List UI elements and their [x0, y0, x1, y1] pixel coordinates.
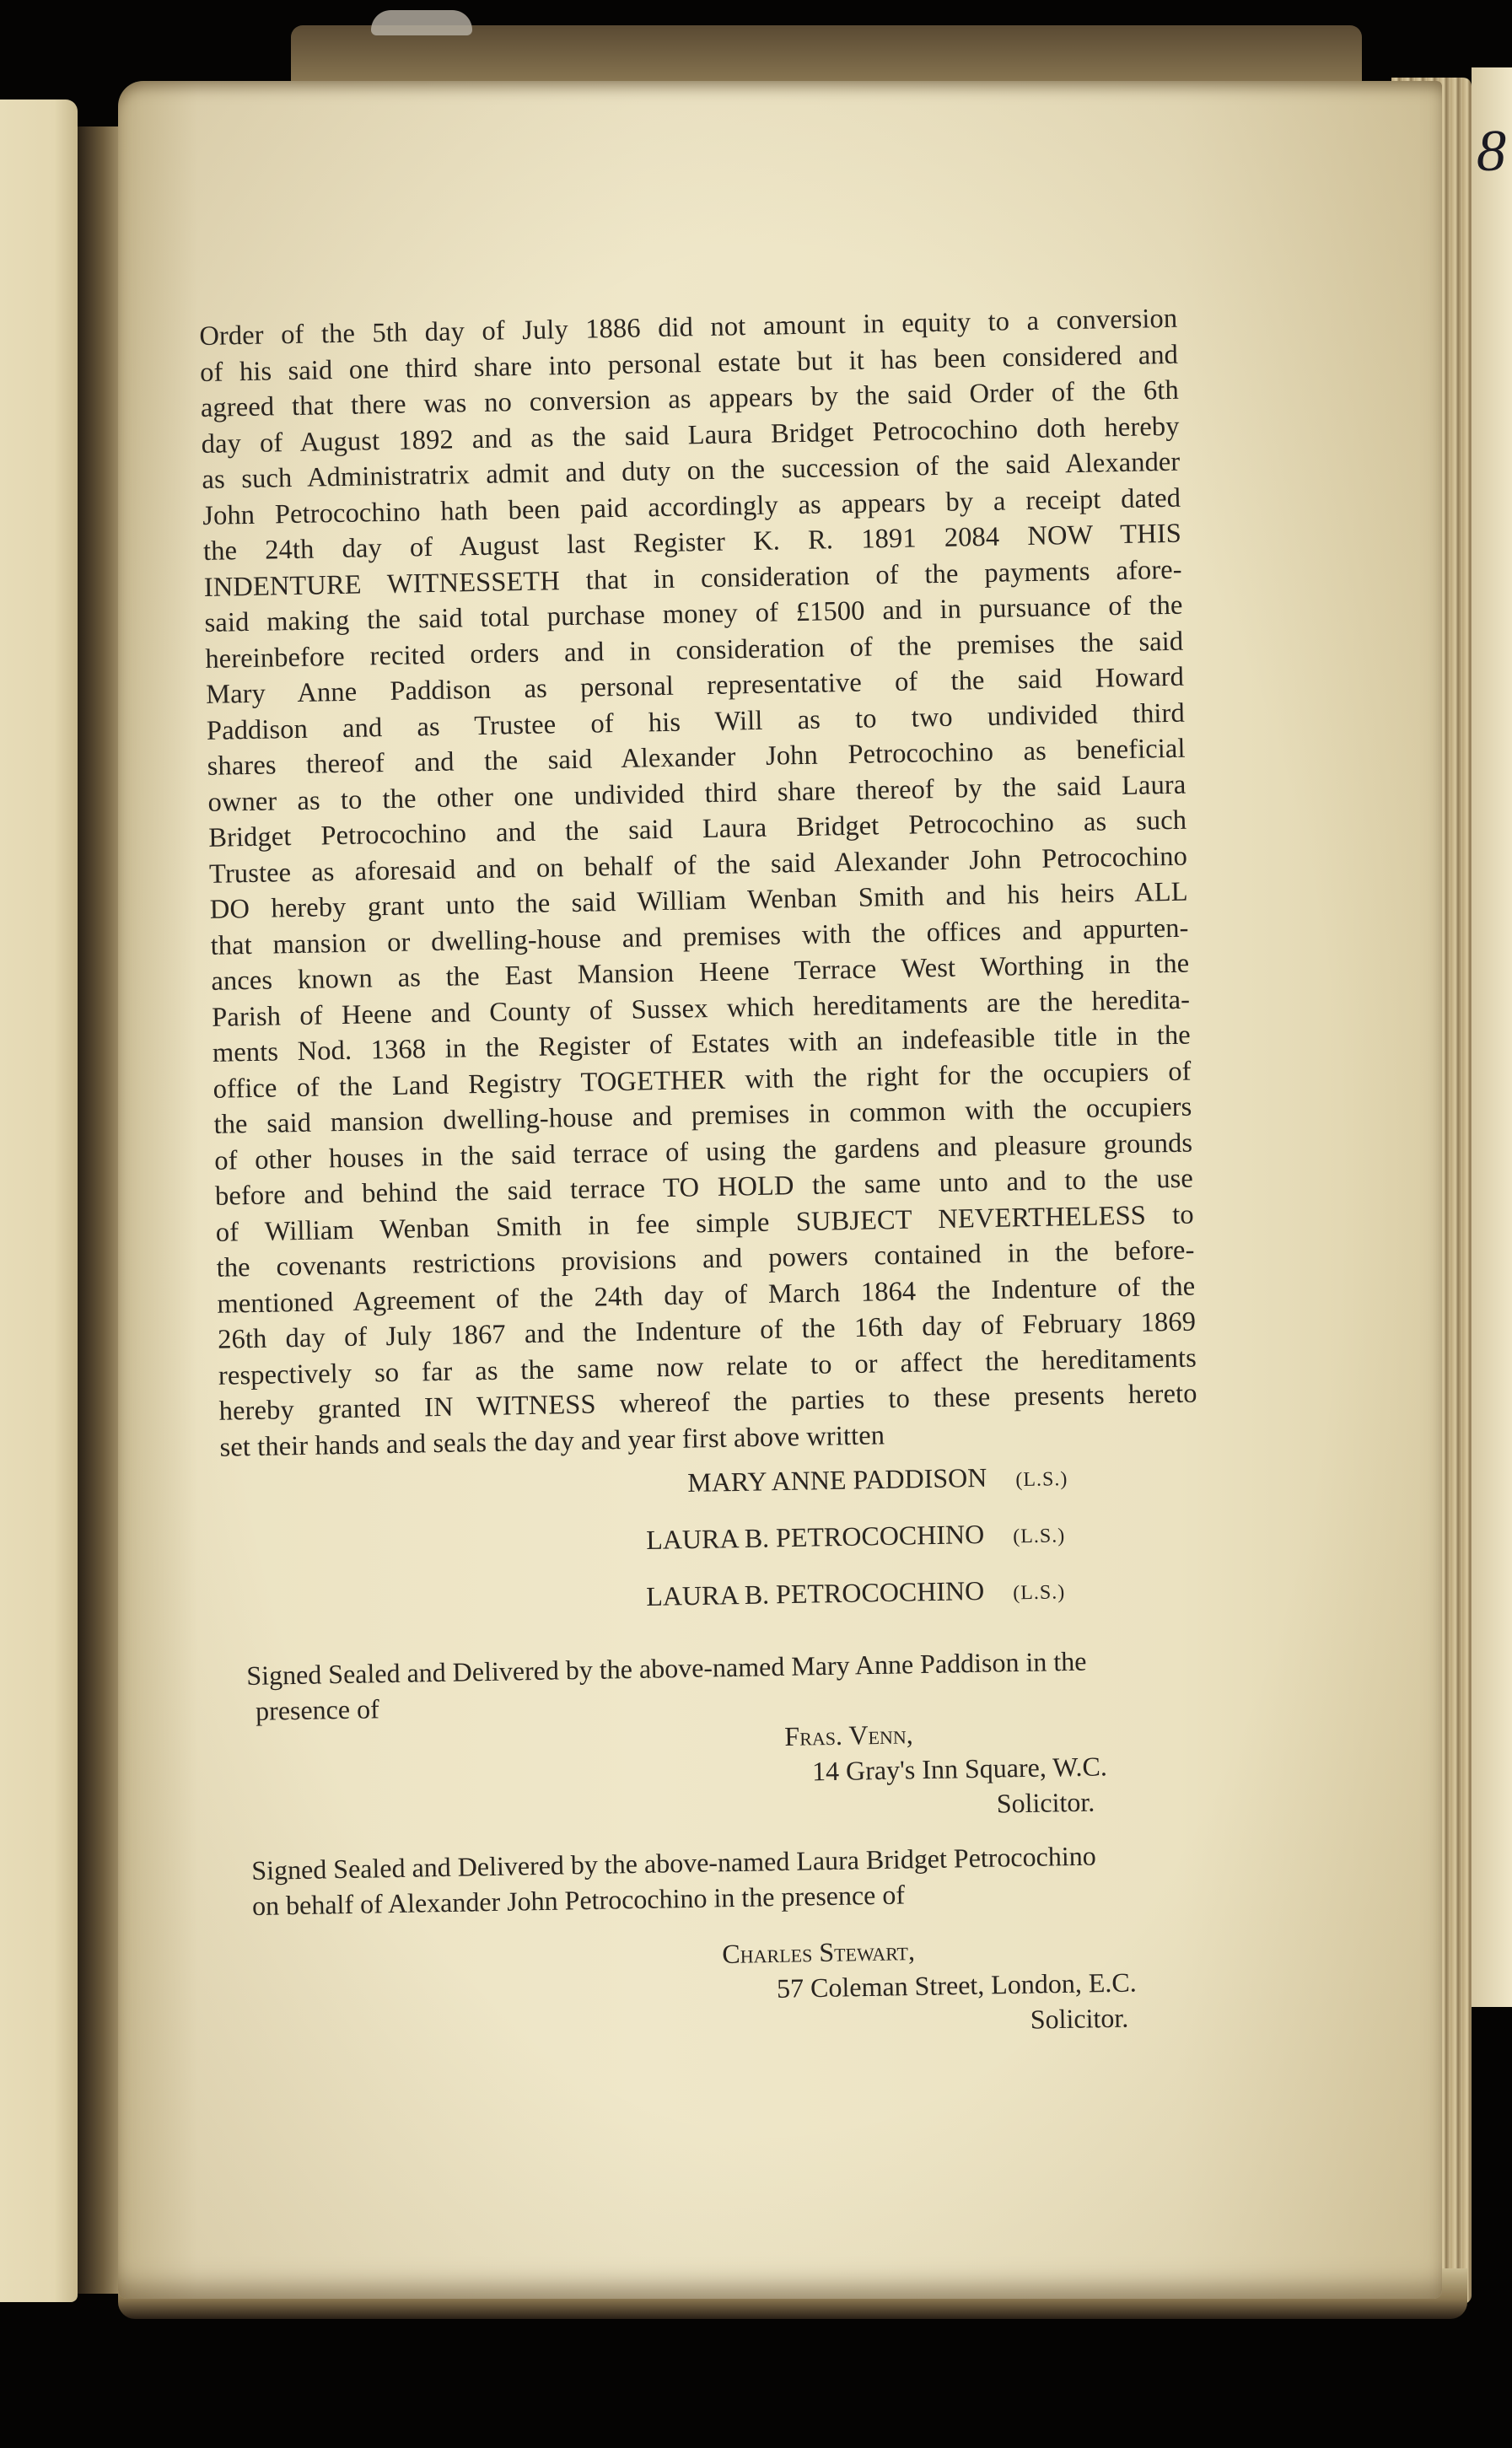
signatory-name: MARY ANNE PADDISON [687, 1462, 987, 1498]
seal-mark: (L.S.) [1013, 1525, 1065, 1547]
paper-scrap [371, 10, 472, 35]
signatory-name: LAURA B. PETROCOCHINO [646, 1575, 984, 1611]
witness-block-1: Fras. Venn, 14 Gray's Inn Square, W.C. S… [784, 1713, 1108, 1825]
witness-address: 14 Gray's Inn Square, W.C. [785, 1748, 1107, 1789]
left-page-edge [0, 100, 78, 2302]
seal-mark: (L.S.) [1015, 1468, 1068, 1491]
signature-mary-anne-paddison: MARY ANNE PADDISON(L.S.) [687, 1461, 1068, 1498]
witness-block-2: Charles Stewart, 57 Coleman Street, Lond… [722, 1929, 1138, 2042]
deed-body-text: Order of the 5th day of July 1886 did no… [199, 301, 1198, 1466]
witness-title: Solicitor. [785, 1784, 1107, 1825]
attestation-clause-2: Signed Sealed and Delivered by the above… [251, 1838, 1097, 1923]
inserted-sheet: 8 [1472, 67, 1512, 2007]
witness-name: Fras. Venn, [784, 1713, 1106, 1754]
seal-mark: (L.S.) [1013, 1581, 1065, 1604]
signatory-name: LAURA B. PETROCOCHINO [646, 1519, 984, 1555]
margin-mark: 8 [1477, 118, 1506, 186]
witness-title: Solicitor. [723, 1999, 1137, 2042]
